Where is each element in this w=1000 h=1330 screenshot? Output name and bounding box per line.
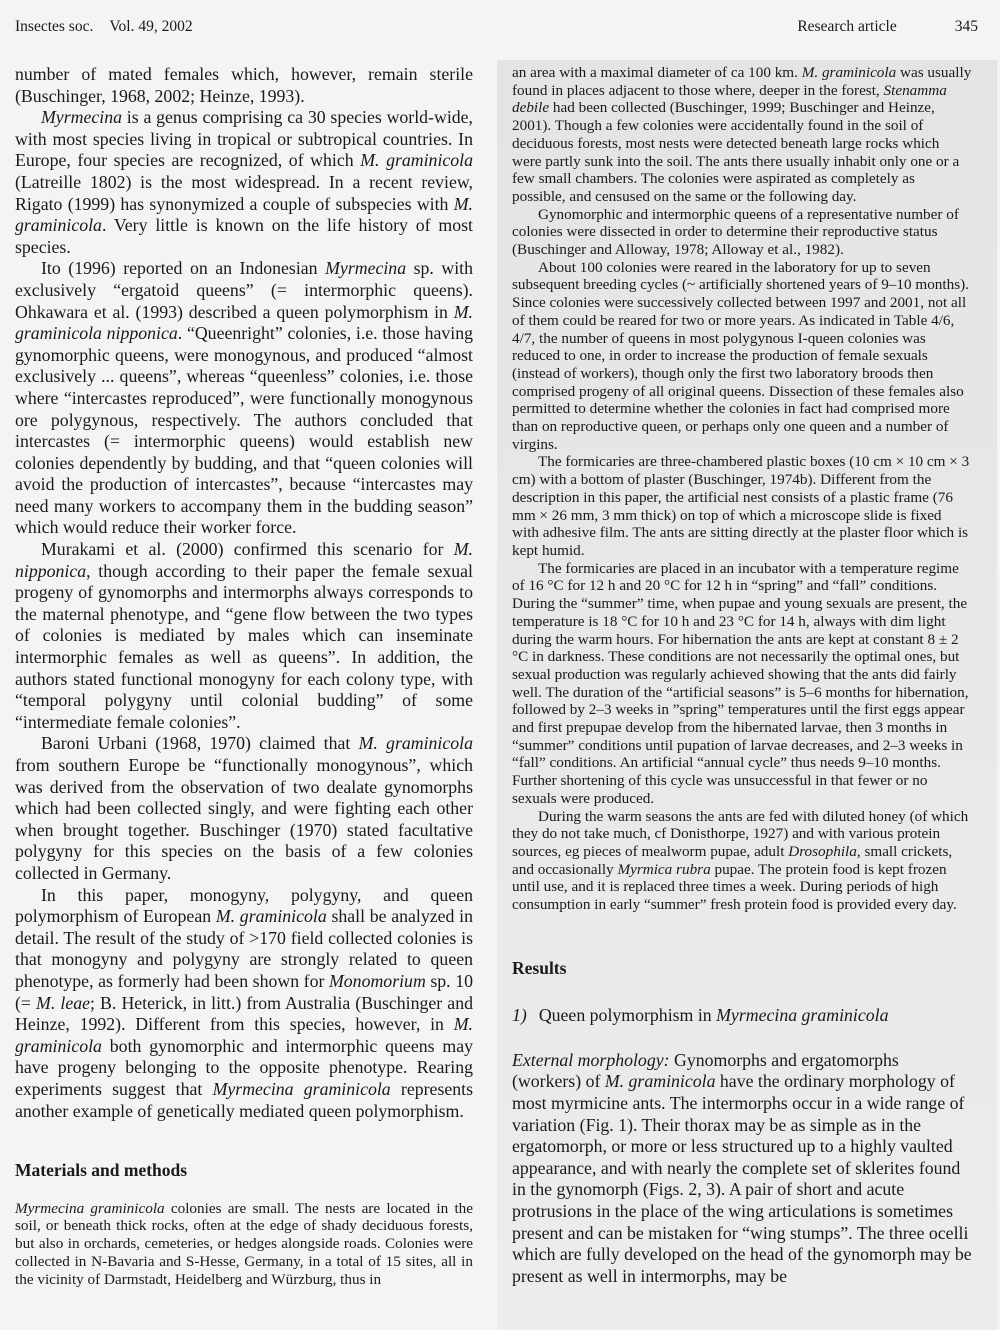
- article-type: Research article: [797, 18, 896, 35]
- paragraph: Baroni Urbani (1968, 1970) claimed that …: [15, 733, 473, 884]
- paragraph: Gynomorphic and intermorphic queens of a…: [512, 206, 972, 259]
- running-header: Insectes soc.Vol. 49, 2002 Research arti…: [15, 18, 978, 40]
- paragraph: Murakami et al. (2000) confirmed this sc…: [15, 539, 473, 733]
- journal-name: Insectes soc.: [15, 18, 93, 35]
- methods-text: Myrmecina graminicola colonies are small…: [15, 1200, 473, 1289]
- right-column: an area with a maximal diameter of ca 10…: [497, 60, 997, 1330]
- left-column: number of mated females which, however, …: [15, 64, 473, 1288]
- header-right: Research article345: [797, 18, 978, 36]
- paragraph: an area with a maximal diameter of ca 10…: [512, 64, 972, 206]
- section-heading-results: Results: [512, 958, 972, 979]
- paragraph: The formicaries are three-chambered plas…: [512, 453, 972, 559]
- paragraph: During the warm seasons the ants are fed…: [512, 808, 972, 914]
- right-column-content: an area with a maximal diameter of ca 10…: [512, 64, 972, 1287]
- page-number: 345: [955, 18, 978, 35]
- paragraph: The formicaries are placed in an incubat…: [512, 560, 972, 808]
- methods-text-continued: an area with a maximal diameter of ca 10…: [512, 64, 972, 914]
- paragraph: number of mated females which, however, …: [15, 64, 473, 107]
- section-heading-materials-methods: Materials and methods: [15, 1160, 473, 1182]
- paragraph: In this paper, monogyny, polygyny, and q…: [15, 885, 473, 1123]
- paragraph: Myrmecina is a genus comprising ca 30 sp…: [15, 107, 473, 258]
- paragraph: Ito (1996) reported on an Indonesian Myr…: [15, 258, 473, 539]
- paragraph: About 100 colonies were reared in the la…: [512, 259, 972, 454]
- subsection-heading: 1)Queen polymorphism in Myrmecina gramin…: [512, 1005, 972, 1026]
- volume-info: Vol. 49, 2002: [109, 18, 192, 35]
- paragraph: Myrmecina graminicola colonies are small…: [15, 1200, 473, 1289]
- header-left: Insectes soc.Vol. 49, 2002: [15, 18, 193, 36]
- paragraph: External morphology: Gynomorphs and erga…: [512, 1050, 972, 1288]
